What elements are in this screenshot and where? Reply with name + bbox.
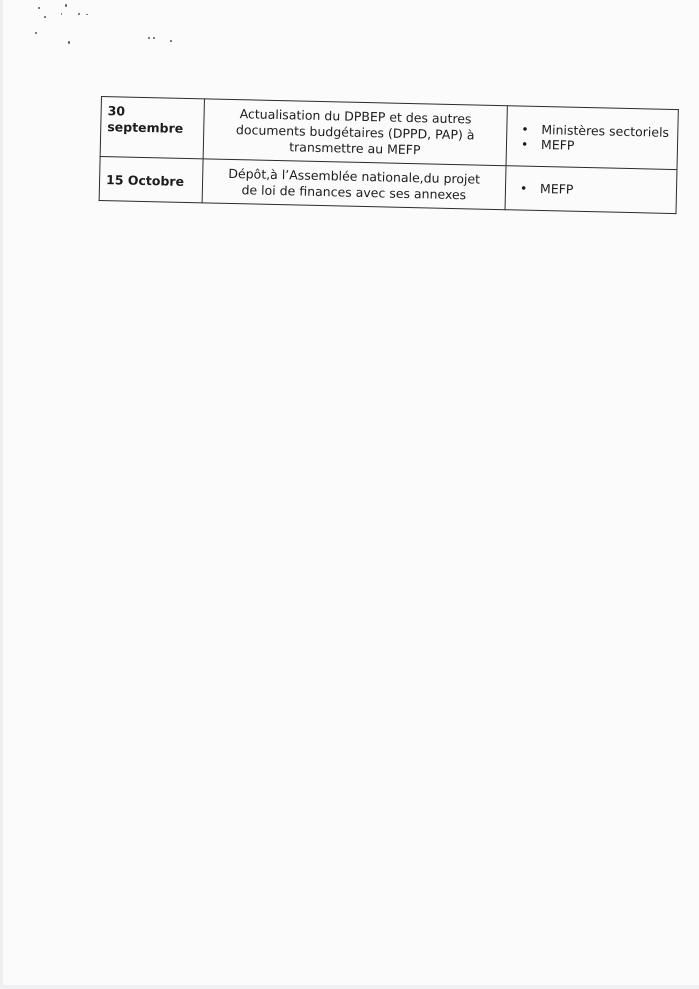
action-cell: Actualisation du DPBEP et des autres doc…: [203, 99, 507, 166]
bullet-icon: •: [521, 121, 529, 136]
action-cell: Dépôt,à l’Assemblée nationale,du projet …: [202, 159, 506, 210]
actors-cell: • Ministères sectoriels • MEFP: [506, 106, 678, 170]
scan-bottom-edge: [0, 985, 699, 989]
date-text: 15 Octobre: [106, 172, 196, 190]
list-item: • MEFP: [521, 136, 671, 154]
bullet-icon: •: [520, 181, 528, 196]
date-cell: 30 septembre: [100, 97, 204, 159]
date-cell: 15 Octobre: [99, 156, 203, 202]
schedule-table-container: 30 septembre Actualisation du DPBEP et d…: [99, 96, 679, 214]
actor-name: MEFP: [540, 181, 574, 197]
actors-cell: • MEFP: [505, 166, 677, 214]
actors-list: • Ministères sectoriels • MEFP: [521, 121, 672, 154]
scan-left-edge: [0, 0, 3, 989]
date-month: septembre: [107, 119, 197, 137]
list-item: • MEFP: [520, 181, 670, 199]
actor-name: MEFP: [541, 136, 575, 152]
schedule-table: 30 septembre Actualisation du DPBEP et d…: [99, 96, 679, 214]
bullet-icon: •: [521, 136, 529, 151]
actors-list: • MEFP: [520, 181, 670, 199]
